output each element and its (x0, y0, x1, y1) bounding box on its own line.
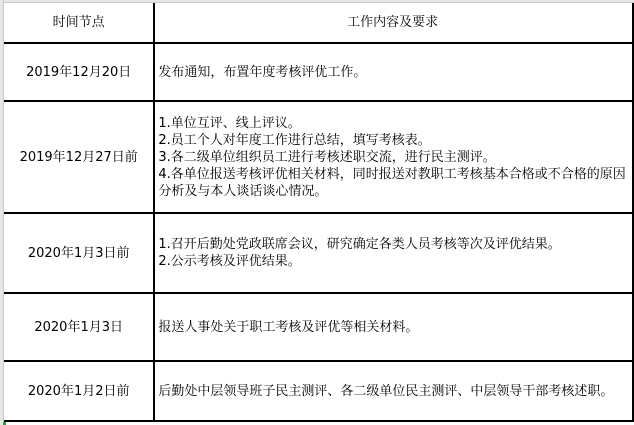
table-row: 2019年12月20日 发布通知，布置年度考核评优工作。 (4, 43, 633, 101)
header-content-cell[interactable]: 工作内容及要求 (154, 3, 633, 43)
header-row: 时间节点 工作内容及要求 (4, 3, 633, 43)
content-line: 2.公示考核及评优结果。 (158, 253, 630, 270)
table-row: 2020年1月3日 报送人事处关于职工考核及评优等相关材料。 (4, 293, 633, 361)
content-line: 发布通知，布置年度考核评优工作。 (158, 64, 630, 81)
content-line: 4.各单位报送考核评优相关材料，同时报送对教职工考核基本合格或不合格的原因分析及… (158, 166, 630, 200)
content-cell[interactable]: 1.单位互评、线上评议。 2.员工个人对年度工作进行总结，填写考核表。 3.各二… (154, 101, 633, 213)
header-time-cell[interactable]: 时间节点 (4, 3, 154, 43)
content-line: 1.召开后勤处党政联席会议，研究确定各类人员考核等次及评优结果。 (158, 236, 630, 253)
schedule-table: 时间节点 工作内容及要求 2019年12月20日 发布通知，布置年度考核评优工作… (4, 3, 634, 422)
time-text: 2020年1月3日 (34, 320, 123, 335)
content-line: 3.各二级单位组织员工进行考核述职交流，进行民主测评。 (158, 149, 630, 166)
time-cell[interactable]: 2020年1月3日前 (4, 213, 154, 293)
time-text: 2019年12月20日 (26, 65, 131, 80)
time-text: 2020年1月2日前 (28, 384, 130, 399)
content-cell[interactable]: 后勤处中层领导班子民主测评、各二级单位民主测评、中层领导干部考核述职。 (154, 361, 633, 421)
time-text: 2020年1月3日前 (28, 246, 130, 261)
time-cell[interactable]: 2020年1月2日前 (4, 361, 154, 421)
content-line: 报送人事处关于职工考核及评优等相关材料。 (158, 319, 630, 336)
header-time-label: 时间节点 (53, 15, 105, 30)
content-line: 1.单位互评、线上评议。 (158, 115, 630, 132)
content-cell[interactable]: 1.召开后勤处党政联席会议，研究确定各类人员考核等次及评优结果。 2.公示考核及… (154, 213, 633, 293)
table-row: 2019年12月27日前 1.单位互评、线上评议。 2.员工个人对年度工作进行总… (4, 101, 633, 213)
table-row: 2020年1月2日前 后勤处中层领导班子民主测评、各二级单位民主测评、中层领导干… (4, 361, 633, 421)
time-cell[interactable]: 2020年1月3日 (4, 293, 154, 361)
table-row: 2020年1月3日前 1.召开后勤处党政联席会议，研究确定各类人员考核等次及评优… (4, 213, 633, 293)
content-line: 2.员工个人对年度工作进行总结，填写考核表。 (158, 132, 630, 149)
time-cell[interactable]: 2019年12月27日前 (4, 101, 154, 213)
header-content-label: 工作内容及要求 (347, 15, 438, 30)
content-cell[interactable]: 发布通知，布置年度考核评优工作。 (154, 43, 633, 101)
content-line: 后勤处中层领导班子民主测评、各二级单位民主测评、中层领导干部考核述职。 (158, 383, 630, 400)
time-cell[interactable]: 2019年12月20日 (4, 43, 154, 101)
content-cell[interactable]: 报送人事处关于职工考核及评优等相关材料。 (154, 293, 633, 361)
time-text: 2019年12月27日前 (20, 150, 138, 165)
